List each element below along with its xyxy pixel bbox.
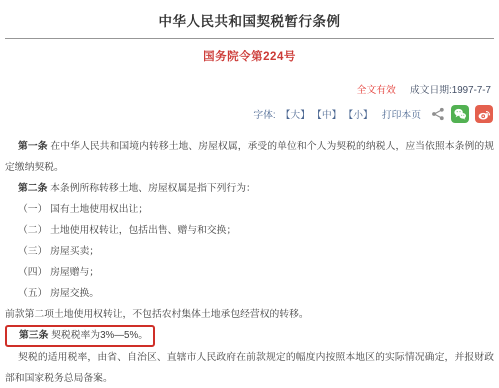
issue-date: 成文日期:1997-7-7 [410, 85, 491, 96]
font-size-large-button[interactable]: 【大】 [281, 107, 310, 121]
article-paragraph-1: 第一条 在中华人民共和国境内转移土地、房屋权属，承受的单位和个人为契税的纳税人，… [5, 136, 494, 178]
font-size-medium-button[interactable]: 【中】 [312, 107, 341, 121]
status-badge: 全文有效 [357, 85, 396, 96]
list-item-4: （四） 房屋赠与； [5, 262, 494, 283]
document-body: 第一条 在中华人民共和国境内转移土地、房屋权属，承受的单位和个人为契税的纳税人，… [5, 136, 494, 388]
toolbar: 字体: 【大】 【中】 【小】 打印本页 [5, 105, 494, 123]
list-item-1: （一） 国有土地使用权出让； [5, 199, 494, 220]
print-page-button[interactable]: 打印本页 [382, 107, 421, 121]
header-divider [5, 38, 494, 39]
font-size-small-button[interactable]: 【小】 [343, 107, 372, 121]
article-paragraph-3: 前款第二项土地使用权转让，不包括农村集体土地承包经营权的转移。 [5, 304, 494, 325]
list-item-3: （三） 房屋买卖； [5, 241, 494, 262]
decree-number: 国务院令第224号 [5, 48, 494, 64]
weibo-icon[interactable] [475, 105, 493, 123]
meta-row: 全文有效成文日期:1997-7-7 [5, 82, 494, 96]
wechat-icon[interactable] [451, 105, 469, 123]
article-paragraph-4: 第三条 契税税率为3%—5%。 [5, 325, 494, 347]
font-size-label: 字体: [253, 107, 275, 121]
page-title: 中华人民共和国契税暂行条例 [5, 0, 494, 30]
list-item-2: （二） 土地使用权转让，包括出售、赠与和交换； [5, 220, 494, 241]
document-page: 中华人民共和国契税暂行条例 国务院令第224号 全文有效成文日期:1997-7-… [0, 0, 499, 388]
share-nodes-icon[interactable] [431, 107, 445, 121]
list-item-5: （五） 房屋交换。 [5, 283, 494, 304]
article-paragraph-5: 契税的适用税率，由省、自治区、直辖市人民政府在前款规定的幅度内按照本地区的实际情… [5, 347, 494, 388]
highlight-box: 第三条 契税税率为3%—5%。 [5, 325, 155, 347]
article-paragraph-2: 第二条 本条例所称转移土地、房屋权属是指下列行为： [5, 178, 494, 199]
